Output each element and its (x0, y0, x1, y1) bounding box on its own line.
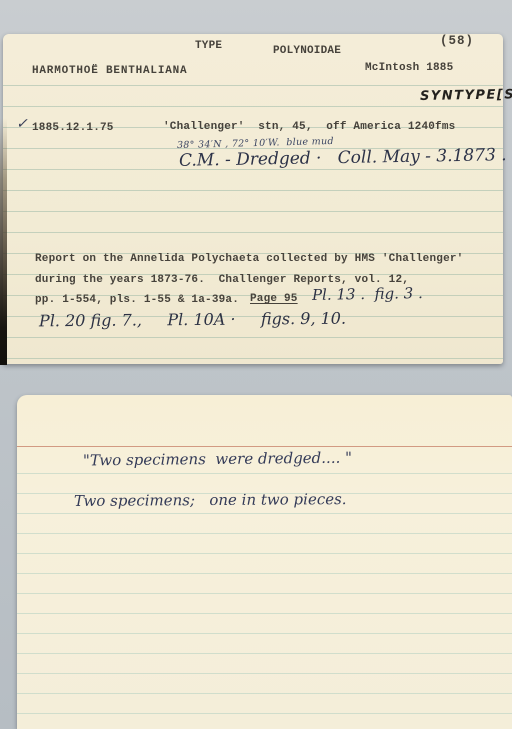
bottom-index-card: "Two specimens were dredged.... " Two sp… (17, 395, 512, 729)
scan-shadow-strip (0, 118, 7, 365)
card-number: (58) (440, 35, 474, 48)
plate-note-1: Pl. 13 . fig. 3 . (312, 284, 423, 304)
plate-note-2: Pl. 20 fig. 7., Pl. 10A · figs. 9, 10. (39, 309, 346, 331)
station-line: 'Challenger' stn, 45, off America 1240fm… (163, 121, 455, 134)
bottom-card-rule-lines (17, 473, 512, 729)
top-index-card: TYPE POLYNOIDAE (58) HARMOTHOË BENTHALIA… (3, 34, 503, 364)
page-reference: Page 95 (250, 293, 298, 306)
syntype-annotation: SYNTYPE[S]. (420, 87, 512, 104)
scanned-cards-background: TYPE POLYNOIDAE (58) HARMOTHOË BENTHALIA… (0, 0, 512, 729)
species-name: HARMOTHOË BENTHALIANA (32, 65, 187, 78)
specimen-note: Two specimens; one in two pieces. (74, 490, 347, 510)
reference-line1: Report on the Annelida Polychaeta collec… (35, 253, 463, 266)
type-label: TYPE (195, 40, 222, 53)
reference-line3: pp. 1-554, pls. 1-55 & 1a-39a. (35, 294, 239, 307)
dredged-quote: "Two specimens were dredged.... " (83, 449, 352, 470)
species-author: McIntosh 1885 (365, 62, 453, 75)
family-name: POLYNOIDAE (273, 45, 341, 58)
registration-number: 1885.12.1.75 (32, 122, 114, 135)
checkmark-icon: ✓ (16, 116, 28, 132)
bottom-card-head-rule (17, 446, 512, 447)
